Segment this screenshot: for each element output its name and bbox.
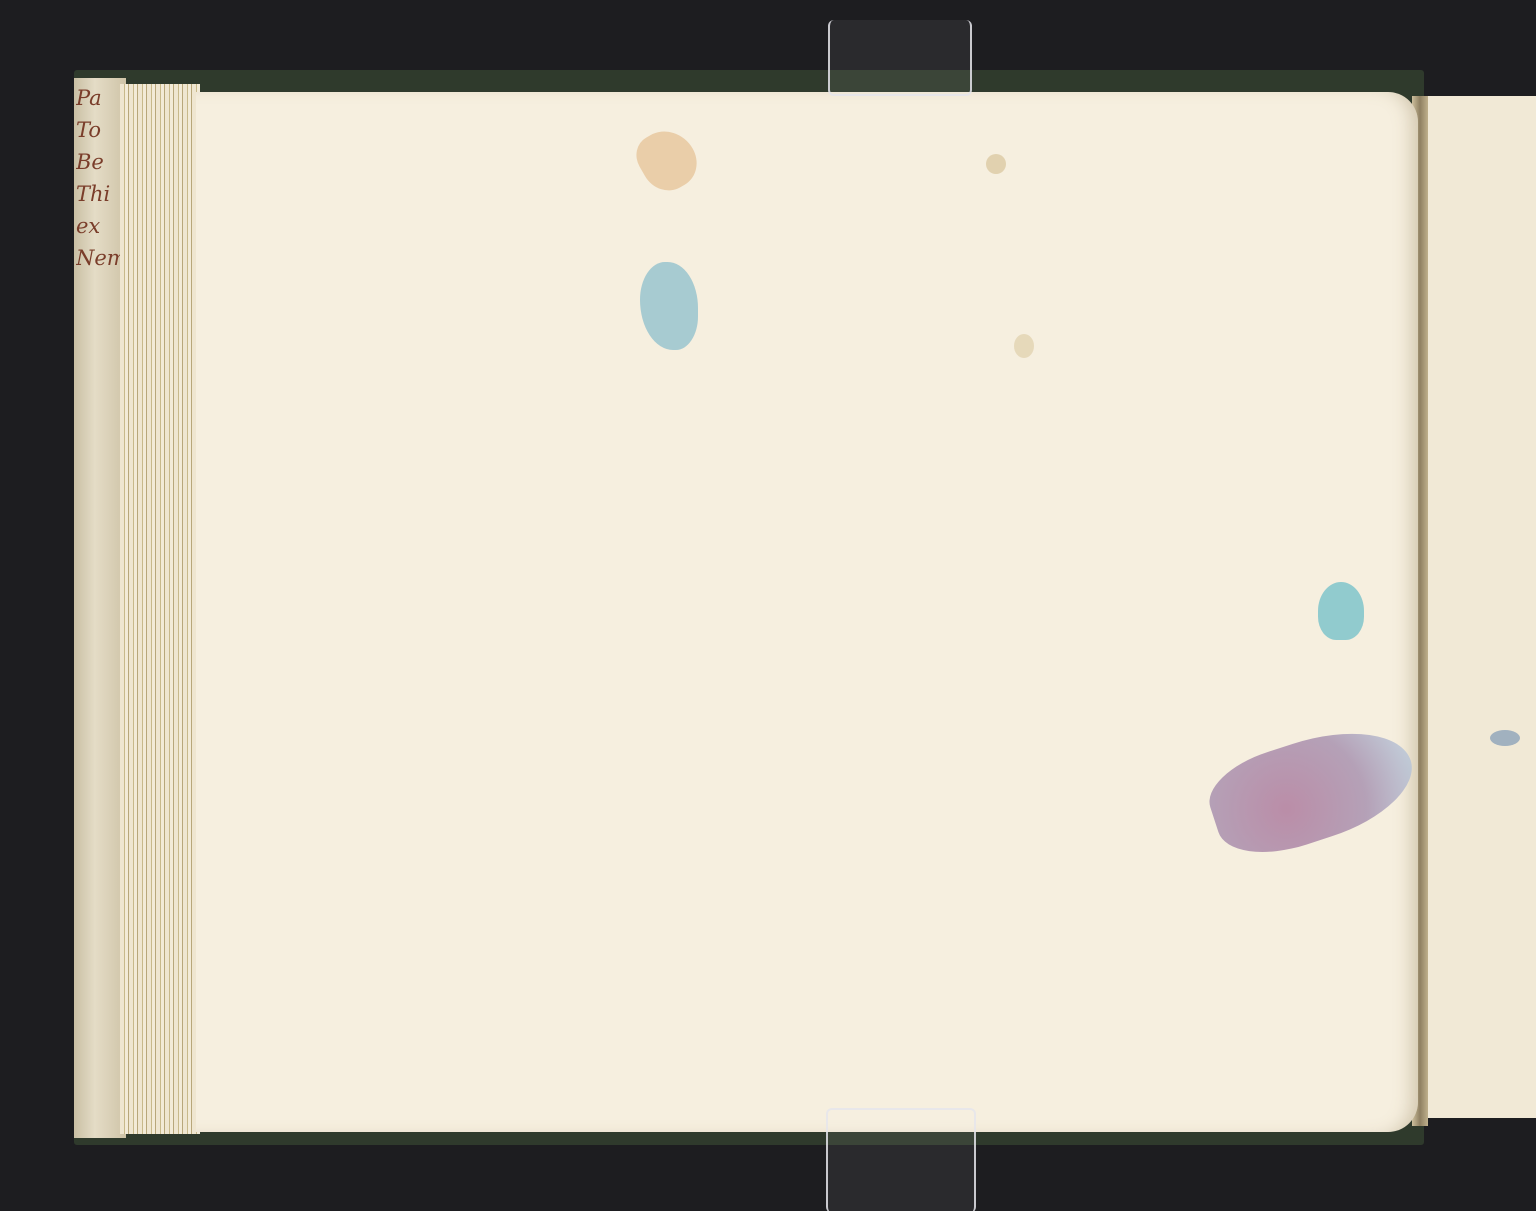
stain-spot xyxy=(986,154,1006,174)
blank-sketchbook-page xyxy=(196,92,1418,1132)
faint-blue-blot xyxy=(1490,730,1520,746)
teal-paint-blot xyxy=(1318,582,1364,640)
bottom-stand-clip xyxy=(826,1108,976,1211)
stacked-page-edges xyxy=(120,84,200,1134)
spine-line: Pa xyxy=(76,82,122,114)
stain-spot xyxy=(1014,334,1034,358)
spine-line: Thi xyxy=(76,178,122,210)
top-stand-clip xyxy=(828,20,972,96)
spine-line: ex xyxy=(76,210,122,242)
handwritten-spine-label: Pa To Be Thi ex Nem xyxy=(76,82,122,274)
spine-line: To xyxy=(76,114,122,146)
facing-page xyxy=(1426,96,1536,1118)
spine-line: Be xyxy=(76,146,122,178)
spine-line: Nem xyxy=(76,242,122,274)
